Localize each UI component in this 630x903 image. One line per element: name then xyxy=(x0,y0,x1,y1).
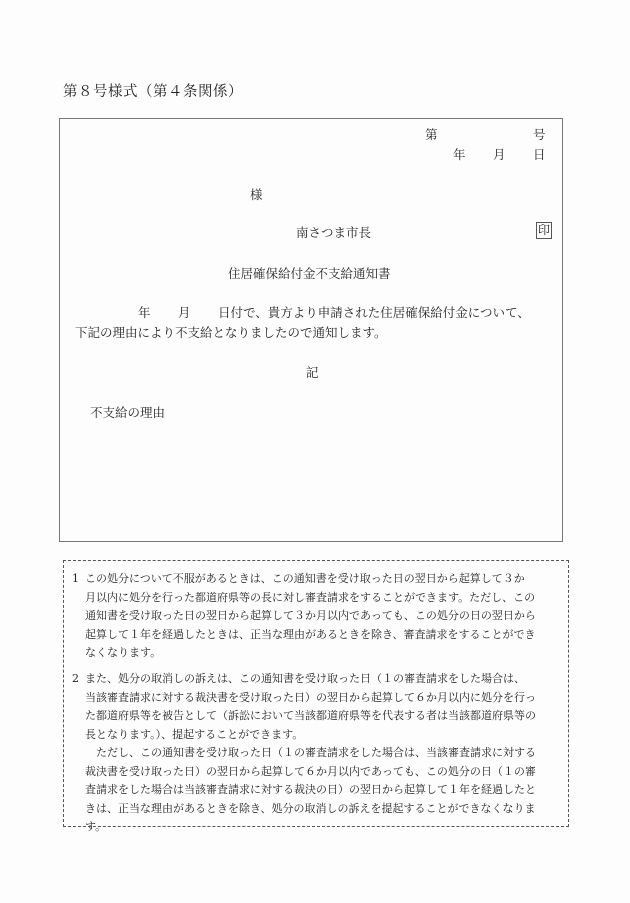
note-line: 起算して１年を経過したときは、正当な理由があるときを除き、審査請求をすることがで… xyxy=(72,626,557,645)
note-proviso-line: 裁決書を受け取った日）の翌日から起算して６か月以内であっても、この処分の日（１の… xyxy=(72,763,557,782)
note-line: 月以内に処分を行った都道府県等の長に対し審査請求をすることができます。ただし、こ… xyxy=(72,589,557,608)
note-line: た都道府県等を被告として（訴訟において当該都道府県等を代表する者は当該都道府県等… xyxy=(72,707,557,726)
document-number-prefix: 第 xyxy=(425,125,438,143)
date-month-label: 月 xyxy=(493,145,506,163)
date-day-label: 日 xyxy=(533,145,546,163)
note-line: また、処分の取消しの訴えは、この通知書を受け取った日（１の審査請求をした場合は、 xyxy=(72,670,557,689)
notice-box: 第 号 年 月 日 様 南さつま市長 印 住居確保給付金不支給通知書 年 月 日… xyxy=(59,118,563,542)
note-proviso-line: 査請求をした場合は当該審査請求に対する裁決の日）の翌日から起算して１年を経過した… xyxy=(72,781,557,800)
note-line: 通知書を受け取った日の翌日から起算して３か月以内であっても、この処分の日の翌日か… xyxy=(72,607,557,626)
note-number: 1 xyxy=(72,570,79,589)
addressee-suffix: 様 xyxy=(250,185,263,203)
seal-mark: 印 xyxy=(536,222,552,239)
note-number: 2 xyxy=(72,670,79,689)
form-label: 第８号様式（第４条関係） xyxy=(63,80,243,101)
notice-title: 住居確保給付金不支給通知書 xyxy=(228,264,391,282)
note-proviso-line: きは、正当な理由があるときを除き、処分の取消しの訴えを提起することができなくなり… xyxy=(72,800,557,819)
note-proviso-line: ただし、この通知書を受け取った日（１の審査請求をした場合は、当該審査請求に対する xyxy=(72,744,557,763)
note-line: なくなります。 xyxy=(72,644,557,663)
body-line-2: 下記の理由により不支給となりましたので通知します。 xyxy=(75,323,387,341)
body-line-1: 日付で、貴方より申請された住居確保給付金について、 xyxy=(218,303,530,321)
body-year-label: 年 xyxy=(138,303,151,321)
note-line: 長となります。）、提起することができます。 xyxy=(72,726,557,745)
ki-heading: 記 xyxy=(306,363,319,381)
notes-box: 1 この処分について不服があるときは、この通知書を受け取った日の翌日から起算して… xyxy=(63,560,569,827)
body-month-label: 月 xyxy=(178,303,191,321)
reason-label: 不支給の理由 xyxy=(90,403,165,421)
note-line: 当該審査請求に対する裁決書を受け取った日）の翌日から起算して６か月以内に処分を行… xyxy=(72,689,557,708)
document-number-suffix: 号 xyxy=(533,125,546,143)
note-1: 1 この処分について不服があるときは、この通知書を受け取った日の翌日から起算して… xyxy=(72,570,557,663)
date-year-label: 年 xyxy=(453,145,466,163)
note-2: 2 また、処分の取消しの訴えは、この通知書を受け取った日（１の審査請求をした場合… xyxy=(72,670,557,837)
issuer-name: 南さつま市長 xyxy=(296,223,371,241)
note-line: この処分について不服があるときは、この通知書を受け取った日の翌日から起算して３か xyxy=(72,570,557,589)
note-proviso-line: す。 xyxy=(72,818,557,837)
